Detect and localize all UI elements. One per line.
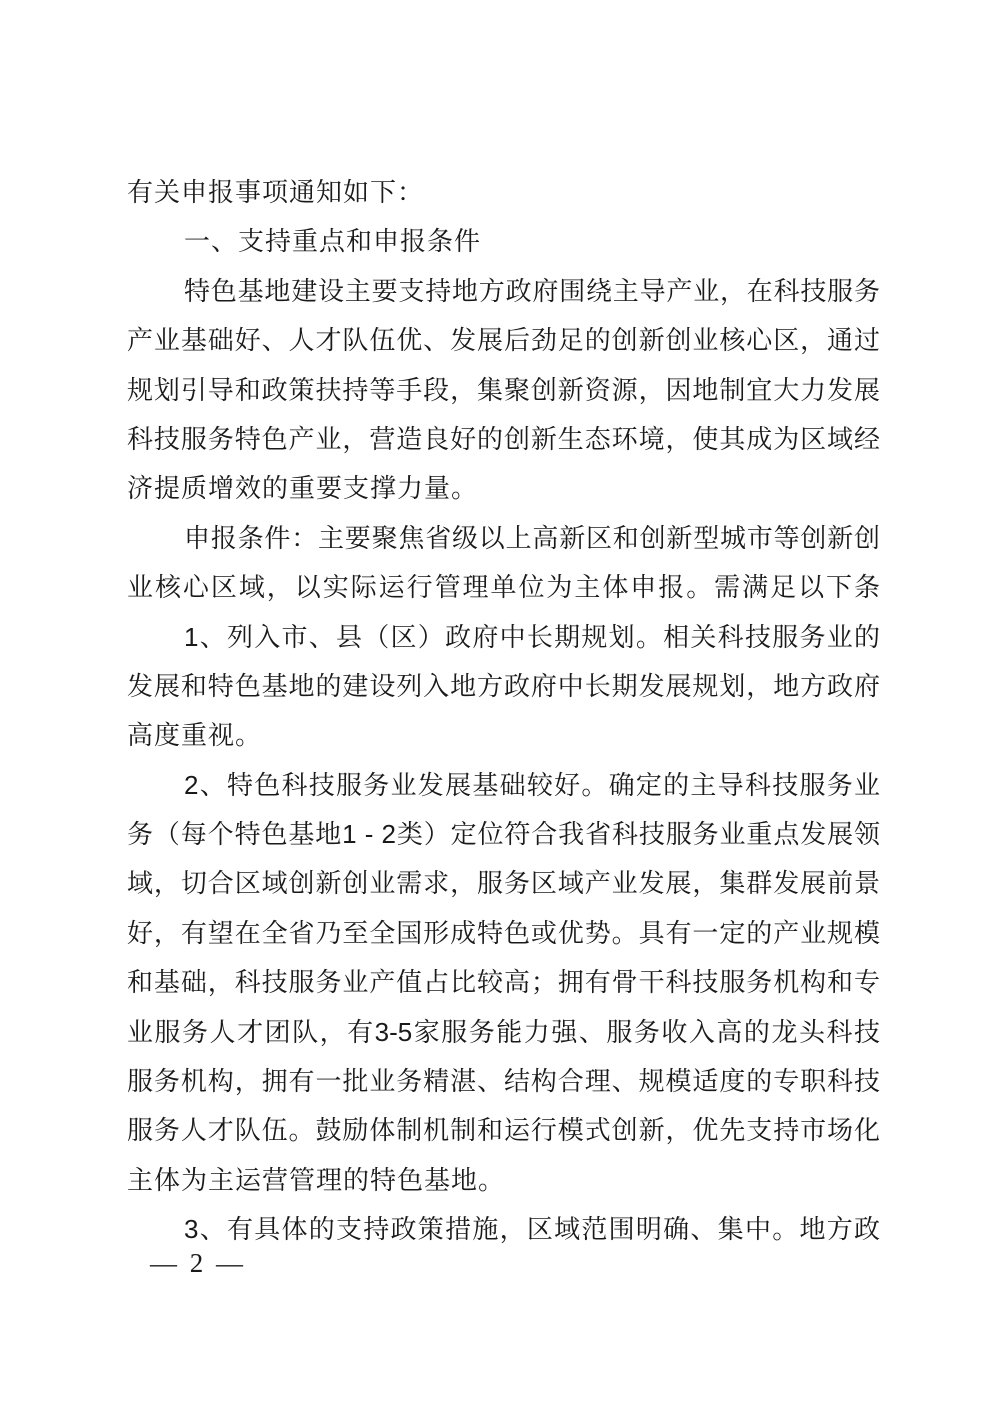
text-line: 高度重视。	[127, 711, 880, 760]
text-line: 域，切合区域创新创业需求，服务区域产业发展，集群发展前景	[127, 859, 880, 908]
text-line: 服务机构，拥有一批业务精湛、结构合理、规模适度的专职科技	[127, 1057, 880, 1106]
text-line: 服务人才队伍。鼓励体制机制和运行模式创新，优先支持市场化	[127, 1106, 880, 1155]
text-line: 和基础，科技服务业产值占比较高；拥有骨干科技服务机构和专	[127, 958, 880, 1007]
text-line: 业核心区域，以实际运行管理单位为主体申报。需满足以下条件：	[127, 563, 880, 612]
text-line: 主体为主运营管理的特色基地。	[127, 1156, 880, 1205]
text-line: 务（每个特色基地1 - 2类）定位符合我省科技服务业重点发展领	[127, 810, 880, 859]
text-line: 科技服务特色产业，营造良好的创新生态环境，使其成为区域经	[127, 415, 880, 464]
page-number: — 2 —	[150, 1248, 246, 1279]
document-body: 有关申报事项通知如下：一、支持重点和申报条件特色基地建设主要支持地方政府围绕主导…	[127, 168, 880, 1255]
text-line: 特色基地建设主要支持地方政府围绕主导产业，在科技服务	[127, 267, 880, 316]
text-line: 一、支持重点和申报条件	[127, 217, 880, 266]
text-line: 产业基础好、人才队伍优、发展后劲足的创新创业核心区，通过	[127, 316, 880, 365]
text-line: 好，有望在全省乃至全国形成特色或优势。具有一定的产业规模	[127, 909, 880, 958]
text-line: 业服务人才团队，有3-5家服务能力强、服务收入高的龙头科技	[127, 1008, 880, 1057]
text-line: 有关申报事项通知如下：	[127, 168, 880, 217]
text-line: 2、特色科技服务业发展基础较好。确定的主导科技服务业	[127, 761, 880, 810]
document-page: 有关申报事项通知如下：一、支持重点和申报条件特色基地建设主要支持地方政府围绕主导…	[0, 0, 1000, 1414]
text-line: 1、列入市、县（区）政府中长期规划。相关科技服务业的	[127, 613, 880, 662]
text-line: 发展和特色基地的建设列入地方政府中长期发展规划，地方政府	[127, 662, 880, 711]
text-line: 申报条件：主要聚焦省级以上高新区和创新型城市等创新创	[127, 514, 880, 563]
text-line: 规划引导和政策扶持等手段，集聚创新资源，因地制宜大力发展	[127, 366, 880, 415]
text-line: 济提质增效的重要支撑力量。	[127, 464, 880, 513]
